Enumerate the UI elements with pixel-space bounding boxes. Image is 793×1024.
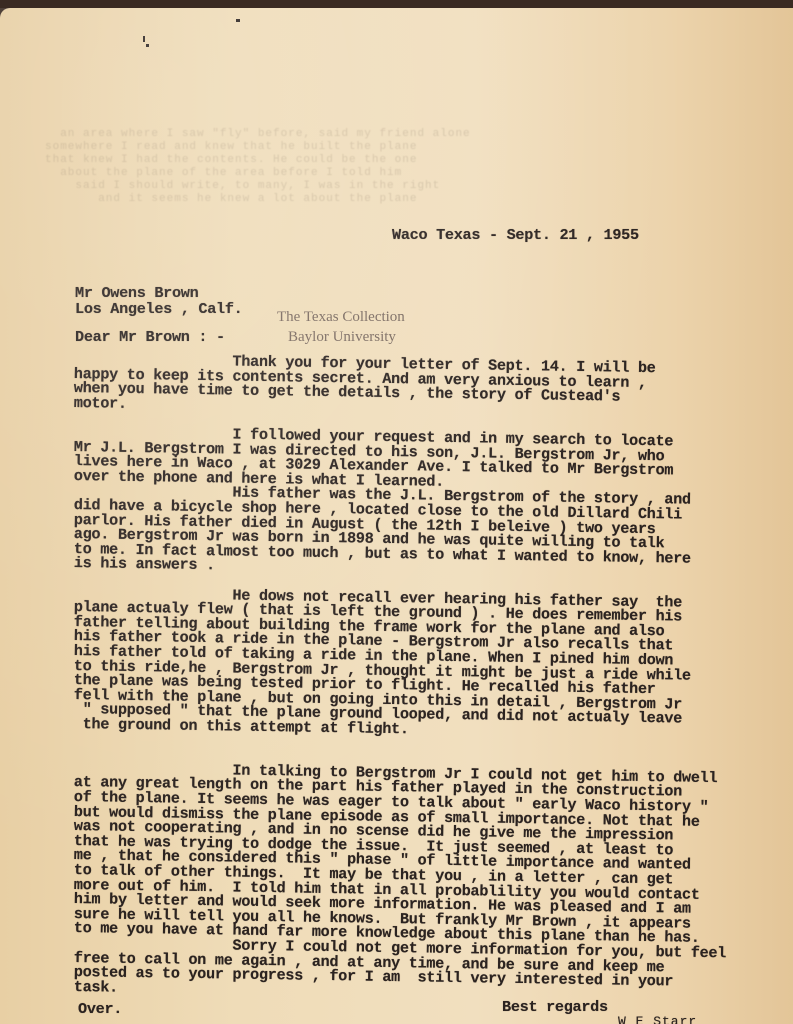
dateline: Waco Texas - Sept. 21 , 1955 (392, 226, 639, 244)
closing: Best regards (502, 998, 608, 1016)
body-line: motor. (74, 394, 127, 413)
archive-stamp-line2: Baylor University (288, 329, 396, 346)
faded-show-through-text: an area where I saw "fly" before, said m… (45, 128, 685, 218)
body-line: the ground on this attempt at flight. (74, 715, 409, 738)
ink-speck (143, 36, 145, 42)
signature: W E Starr (618, 1014, 697, 1024)
body-line: is his answers . (74, 554, 215, 574)
body-line: task. (74, 978, 118, 997)
ink-speck (236, 19, 240, 22)
archive-stamp-line1: The Texas Collection (277, 309, 405, 326)
letter-page: an area where I saw "fly" before, said m… (0, 8, 793, 1024)
ink-speck (146, 44, 149, 47)
salutation: Dear Mr Brown : - (75, 328, 225, 346)
footer-note: Over. (78, 1000, 122, 1018)
recipient-location: Los Angeles , Calf. (75, 300, 242, 318)
